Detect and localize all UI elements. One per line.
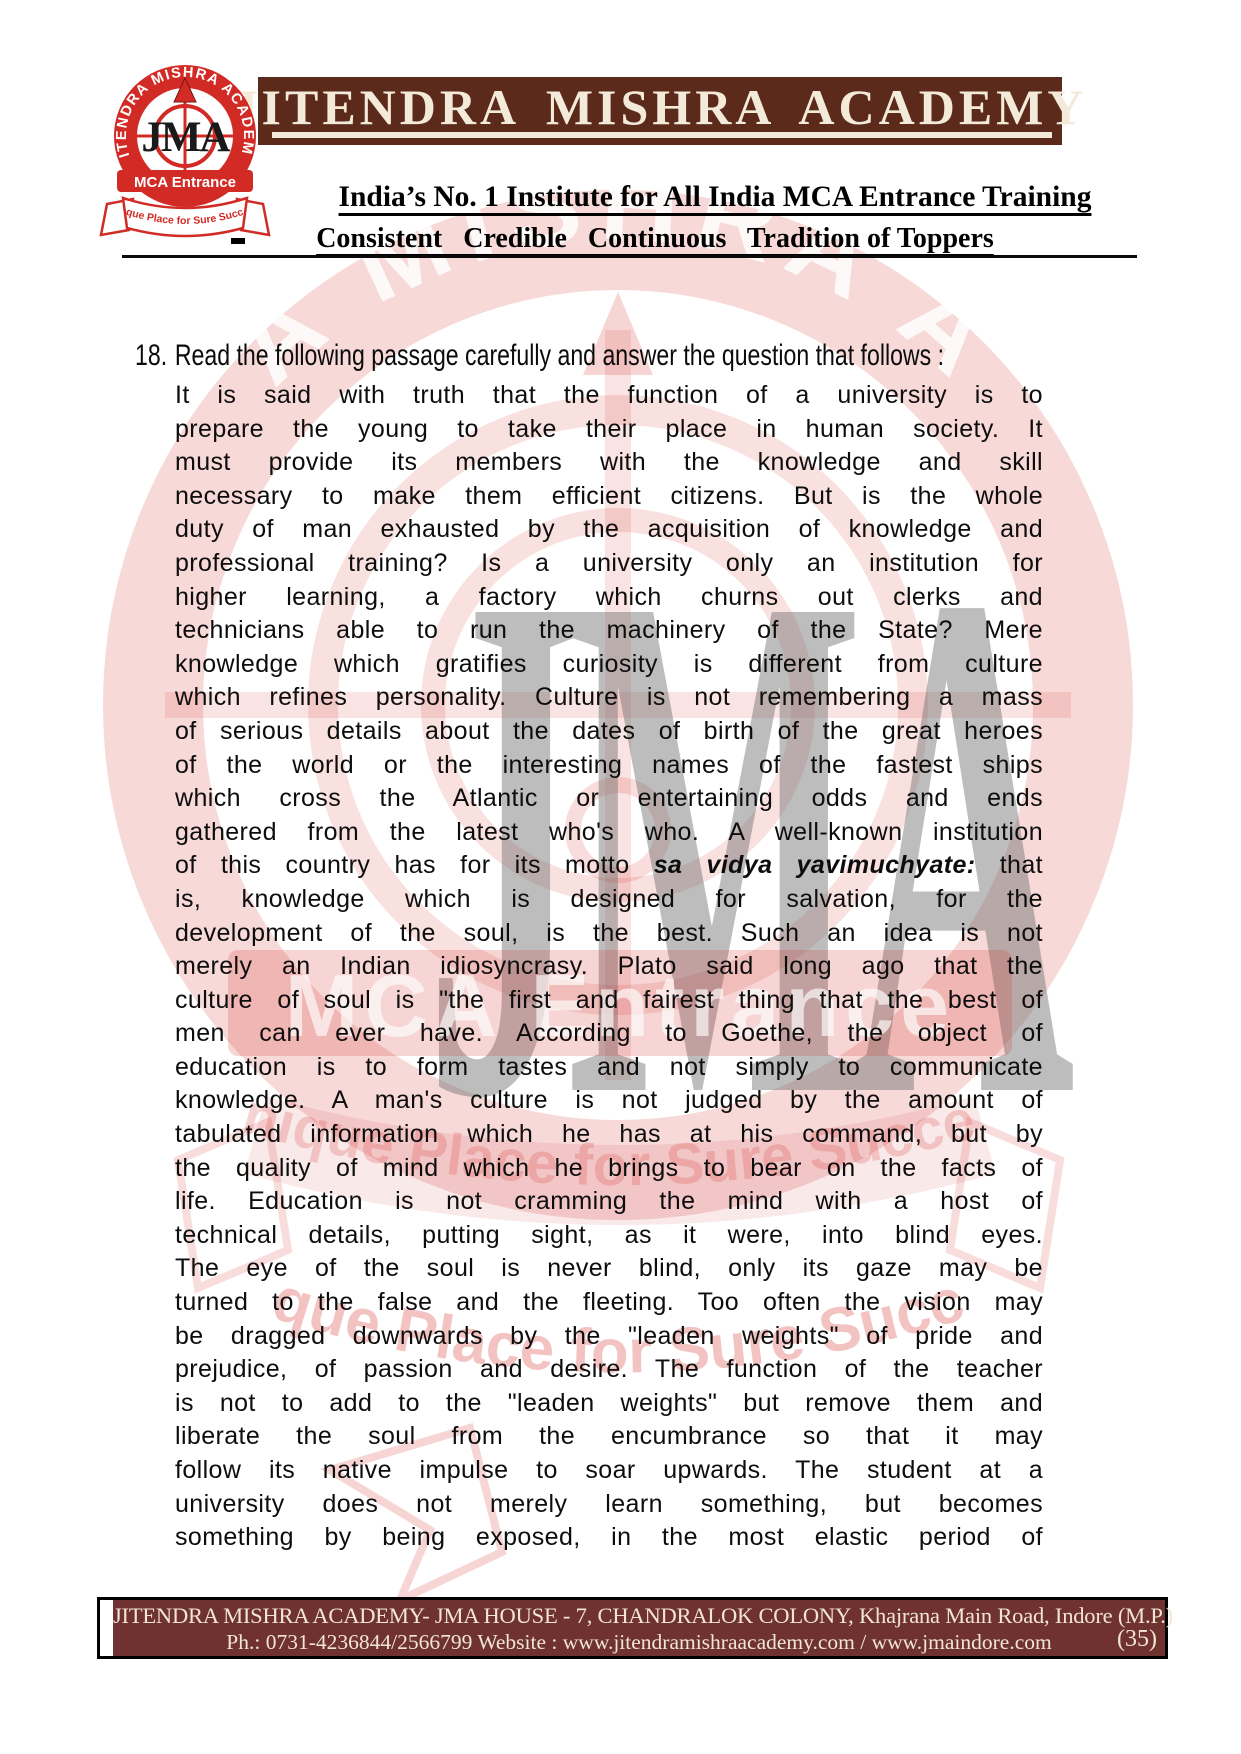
logo-monogram: JMA	[141, 114, 230, 161]
academy-logo: JITENDRA MISHRA ACADEMY JMA MCA Entrance…	[93, 46, 281, 254]
passage-line: follow its native impulse to soar upward…	[175, 1454, 1043, 1488]
page-number: (35)	[1117, 1626, 1157, 1653]
passage-line: technical details, putting sight, as it …	[175, 1219, 1043, 1253]
passage-line: liberate the soul from the encumbrance s…	[175, 1420, 1043, 1454]
passage-line: the quality of mind which he brings to b…	[175, 1152, 1043, 1186]
logo-band-text: MCA Entrance	[134, 174, 236, 191]
question-heading: 18. Read the following passage carefully…	[135, 339, 944, 373]
passage-line: be dragged downwards by the "leaden weig…	[175, 1320, 1043, 1354]
passage-line: The eye of the soul is never blind, only…	[175, 1252, 1043, 1286]
academy-name: JITENDRA MISHRA ACADEMY	[233, 78, 1088, 136]
passage-line: prejudice, of passion and desire. The fu…	[175, 1353, 1043, 1387]
passage-line: must provide its members with the knowle…	[175, 446, 1043, 480]
passage-line: something by being exposed, in the most …	[175, 1521, 1043, 1555]
tagline-motto-text: Consistent Credible Continuous Tradition…	[316, 223, 994, 254]
passage-line: merely an Indian idiosyncrasy. Plato sai…	[175, 950, 1043, 984]
passage-line: is not to add to the "leaden weights" bu…	[175, 1387, 1043, 1421]
passage-line: duty of man exhausted by the acquisition…	[175, 513, 1043, 547]
document-page: { "colors": { "banner_bg": "#5B2A1A", "b…	[0, 0, 1241, 1754]
question-number: 18.	[135, 339, 167, 373]
passage-line: higher learning, a factory which churns …	[175, 581, 1043, 615]
passage-line: turned to the false and the fleeting. To…	[175, 1286, 1043, 1320]
tagline-motto: Consistent Credible Continuous Tradition…	[205, 223, 1105, 255]
footer-address: JITENDRA MISHRA ACADEMY- JMA HOUSE - 7, …	[113, 1603, 1165, 1629]
passage-line: university does not merely learn somethi…	[175, 1488, 1043, 1522]
banner-underline	[272, 132, 1052, 138]
passage-line: necessary to make them efficient citizen…	[175, 480, 1043, 514]
header-banner: JITENDRA MISHRA ACADEMY	[258, 77, 1062, 145]
footer-inner: JITENDRA MISHRA ACADEMY- JMA HOUSE - 7, …	[113, 1600, 1165, 1656]
passage-line: prepare the young to take their place in…	[175, 413, 1043, 447]
passage-line: men can ever have. According to Goethe, …	[175, 1017, 1043, 1051]
passage-line: which cross the Atlantic or entertaining…	[175, 782, 1043, 816]
question-prompt: Read the following passage carefully and…	[175, 339, 944, 373]
footer-bar: JITENDRA MISHRA ACADEMY- JMA HOUSE - 7, …	[97, 1597, 1168, 1659]
passage-line: life. Education is not cramming the mind…	[175, 1185, 1043, 1219]
tagline-institute: India’s No. 1 Institute for All India MC…	[260, 181, 1170, 214]
passage-line: tabulated information which he has at hi…	[175, 1118, 1043, 1152]
passage-line: of the world or the interesting names of…	[175, 749, 1043, 783]
passage: It is said with truth that the function …	[175, 379, 1043, 1555]
passage-line: professional training? Is a university o…	[175, 547, 1043, 581]
footer-contact: Ph.: 0731-4236844/2566799 Website : www.…	[113, 1630, 1165, 1655]
passage-line: technicians able to run the machinery of…	[175, 614, 1043, 648]
passage-line: knowledge which gratifies curiosity is d…	[175, 648, 1043, 682]
passage-line: is, knowledge which is designed for salv…	[175, 883, 1043, 917]
passage-line: culture of soul is "the first and faires…	[175, 984, 1043, 1018]
passage-line: of this country has for its motto sa vid…	[175, 849, 1043, 883]
passage-line: knowledge. A man's culture is not judged…	[175, 1084, 1043, 1118]
passage-line: gathered from the latest who's who. A we…	[175, 816, 1043, 850]
passage-line: development of the soul, is the best. Su…	[175, 917, 1043, 951]
passage-line: of serious details about the dates of bi…	[175, 715, 1043, 749]
passage-line: education is to form tastes and not simp…	[175, 1051, 1043, 1085]
passage-line: which refines personality. Culture is no…	[175, 681, 1043, 715]
tagline-institute-text: India’s No. 1 Institute for All India MC…	[339, 181, 1092, 213]
header-divider	[122, 255, 1137, 258]
passage-line: It is said with truth that the function …	[175, 379, 1043, 413]
